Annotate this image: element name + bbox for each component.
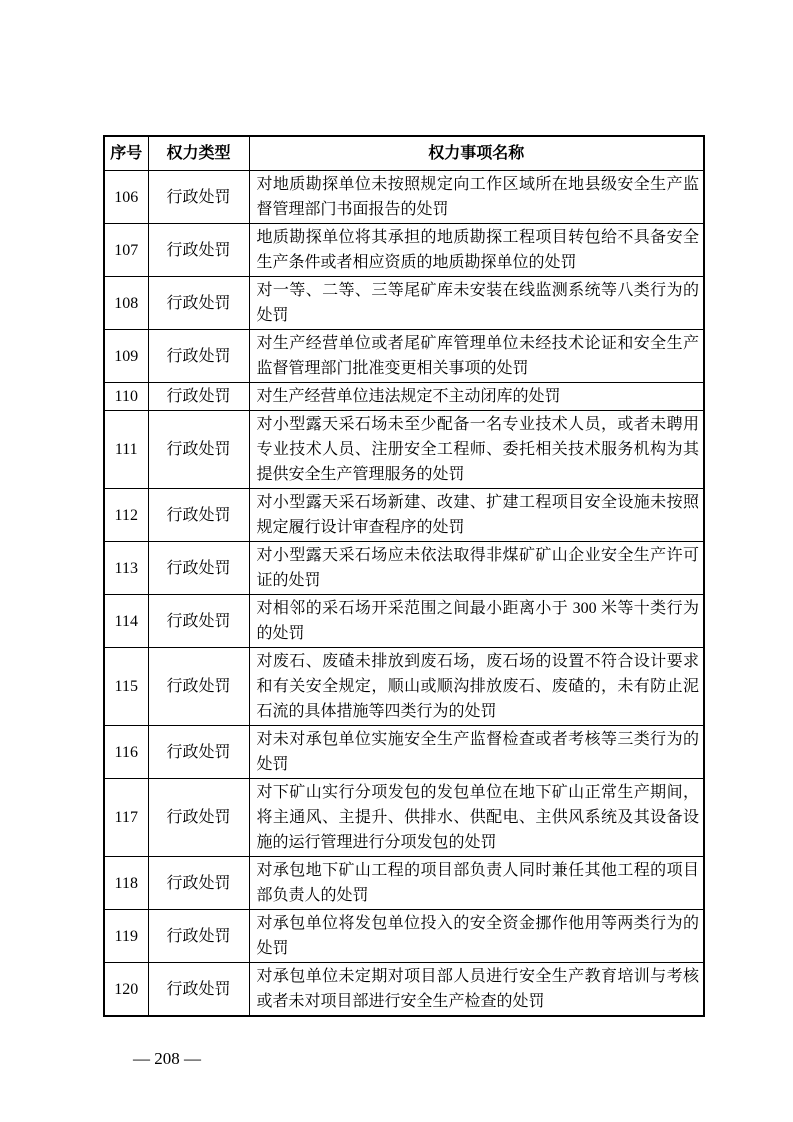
table-row: 106行政处罚对地质勘探单位未按照规定向工作区域所在地县级安全生产监督管理部门书… [104, 171, 704, 224]
power-type-cell: 行政处罚 [148, 277, 249, 330]
power-type-cell: 行政处罚 [148, 726, 249, 779]
serial-number-cell: 108 [104, 277, 148, 330]
serial-number-cell: 116 [104, 726, 148, 779]
serial-number-cell: 119 [104, 910, 148, 963]
power-type-cell: 行政处罚 [148, 857, 249, 910]
power-item-name-cell: 对小型露天采石场未至少配备一名专业技术人员，或者未聘用专业技术人员、注册安全工程… [249, 411, 704, 489]
power-type-cell: 行政处罚 [148, 910, 249, 963]
serial-number-cell: 112 [104, 489, 148, 542]
power-item-name-cell: 对地质勘探单位未按照规定向工作区域所在地县级安全生产监督管理部门书面报告的处罚 [249, 171, 704, 224]
power-type-cell: 行政处罚 [148, 963, 249, 1017]
power-item-name-cell: 对承包单位将发包单位投入的安全资金挪作他用等两类行为的处罚 [249, 910, 704, 963]
power-item-name-cell: 对生产经营单位违法规定不主动闭库的处罚 [249, 383, 704, 411]
document-page: 序号 权力类型 权力事项名称 106行政处罚对地质勘探单位未按照规定向工作区域所… [0, 0, 793, 1122]
serial-number-cell: 109 [104, 330, 148, 383]
serial-number-cell: 114 [104, 595, 148, 648]
power-type-cell: 行政处罚 [148, 595, 249, 648]
serial-number-cell: 113 [104, 542, 148, 595]
power-type-cell: 行政处罚 [148, 542, 249, 595]
serial-number-cell: 110 [104, 383, 148, 411]
power-type-cell: 行政处罚 [148, 171, 249, 224]
serial-number-cell: 118 [104, 857, 148, 910]
power-item-name-cell: 地质勘探单位将其承担的地质勘探工程项目转包给不具备安全生产条件或者相应资质的地质… [249, 224, 704, 277]
power-item-name-cell: 对小型露天采石场新建、改建、扩建工程项目安全设施未按照规定履行设计审查程序的处罚 [249, 489, 704, 542]
power-item-name-cell: 对一等、二等、三等尾矿库未安装在线监测系统等八类行为的处罚 [249, 277, 704, 330]
table-row: 111行政处罚对小型露天采石场未至少配备一名专业技术人员，或者未聘用专业技术人员… [104, 411, 704, 489]
serial-number-cell: 107 [104, 224, 148, 277]
table-row: 109行政处罚对生产经营单位或者尾矿库管理单位未经技术论证和安全生产监督管理部门… [104, 330, 704, 383]
table-row: 107行政处罚地质勘探单位将其承担的地质勘探工程项目转包给不具备安全生产条件或者… [104, 224, 704, 277]
table-body: 106行政处罚对地质勘探单位未按照规定向工作区域所在地县级安全生产监督管理部门书… [104, 171, 704, 1017]
power-items-table: 序号 权力类型 权力事项名称 106行政处罚对地质勘探单位未按照规定向工作区域所… [103, 135, 705, 1017]
column-header-power-item-name: 权力事项名称 [249, 136, 704, 171]
serial-number-cell: 117 [104, 779, 148, 857]
power-item-name-cell: 对未对承包单位实施安全生产监督检查或者考核等三类行为的处罚 [249, 726, 704, 779]
power-item-name-cell: 对小型露天采石场应未依法取得非煤矿矿山企业安全生产许可证的处罚 [249, 542, 704, 595]
serial-number-cell: 120 [104, 963, 148, 1017]
power-type-cell: 行政处罚 [148, 383, 249, 411]
serial-number-cell: 106 [104, 171, 148, 224]
power-item-name-cell: 对承包地下矿山工程的项目部负责人同时兼任其他工程的项目部负责人的处罚 [249, 857, 704, 910]
table-row: 119行政处罚对承包单位将发包单位投入的安全资金挪作他用等两类行为的处罚 [104, 910, 704, 963]
column-header-power-type: 权力类型 [148, 136, 249, 171]
power-type-cell: 行政处罚 [148, 489, 249, 542]
serial-number-cell: 111 [104, 411, 148, 489]
power-type-cell: 行政处罚 [148, 330, 249, 383]
power-type-cell: 行政处罚 [148, 779, 249, 857]
table-header-row: 序号 权力类型 权力事项名称 [104, 136, 704, 171]
power-type-cell: 行政处罚 [148, 224, 249, 277]
table-row: 115行政处罚对废石、废碴未排放到废石场，废石场的设置不符合设计要求和有关安全规… [104, 648, 704, 726]
power-type-cell: 行政处罚 [148, 411, 249, 489]
power-item-name-cell: 对废石、废碴未排放到废石场，废石场的设置不符合设计要求和有关安全规定，顺山或顺沟… [249, 648, 704, 726]
power-item-name-cell: 对承包单位未定期对项目部人员进行安全生产教育培训与考核或者未对项目部进行安全生产… [249, 963, 704, 1017]
table-row: 110行政处罚对生产经营单位违法规定不主动闭库的处罚 [104, 383, 704, 411]
table-row: 120行政处罚对承包单位未定期对项目部人员进行安全生产教育培训与考核或者未对项目… [104, 963, 704, 1017]
power-item-name-cell: 对相邻的采石场开采范围之间最小距离小于 300 米等十类行为的处罚 [249, 595, 704, 648]
table-row: 114行政处罚对相邻的采石场开采范围之间最小距离小于 300 米等十类行为的处罚 [104, 595, 704, 648]
page-number: — 208 — [133, 1049, 793, 1069]
power-item-name-cell: 对生产经营单位或者尾矿库管理单位未经技术论证和安全生产监督管理部门批准变更相关事… [249, 330, 704, 383]
table-row: 112行政处罚对小型露天采石场新建、改建、扩建工程项目安全设施未按照规定履行设计… [104, 489, 704, 542]
serial-number-cell: 115 [104, 648, 148, 726]
table-row: 117行政处罚对下矿山实行分项发包的发包单位在地下矿山正常生产期间，将主通风、主… [104, 779, 704, 857]
table-row: 108行政处罚对一等、二等、三等尾矿库未安装在线监测系统等八类行为的处罚 [104, 277, 704, 330]
table-row: 116行政处罚对未对承包单位实施安全生产监督检查或者考核等三类行为的处罚 [104, 726, 704, 779]
column-header-serial-number: 序号 [104, 136, 148, 171]
power-type-cell: 行政处罚 [148, 648, 249, 726]
table-row: 118行政处罚对承包地下矿山工程的项目部负责人同时兼任其他工程的项目部负责人的处… [104, 857, 704, 910]
table-row: 113行政处罚对小型露天采石场应未依法取得非煤矿矿山企业安全生产许可证的处罚 [104, 542, 704, 595]
power-item-name-cell: 对下矿山实行分项发包的发包单位在地下矿山正常生产期间，将主通风、主提升、供排水、… [249, 779, 704, 857]
